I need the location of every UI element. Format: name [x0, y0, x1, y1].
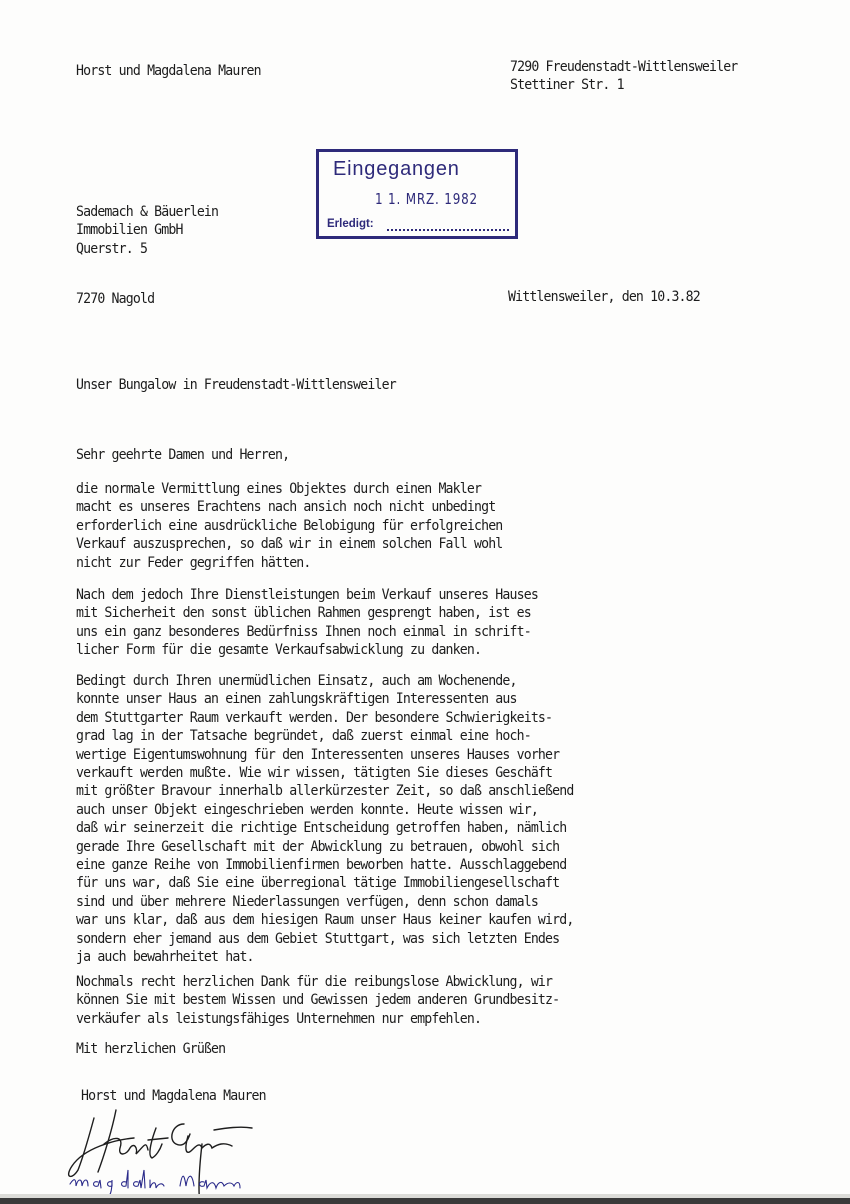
closing: Mit herzlichen Grüßen: [76, 1040, 225, 1058]
recipient-address: Sademach & BäuerleinImmobilien GmbHQuers…: [76, 203, 218, 258]
paragraph-line: konnte unser Haus an einen zahlungskräft…: [76, 690, 573, 708]
paragraph-line: mit Sicherheit den sonst üblichen Rahmen…: [76, 604, 538, 622]
date-line: Wittlensweiler, den 10.3.82: [508, 288, 700, 306]
paragraph-line: für uns war, daß Sie eine überregional t…: [76, 874, 573, 892]
paragraph-line: erforderlich eine ausdrückliche Belobigu…: [76, 517, 502, 535]
paragraph-3: Bedingt durch Ihren unermüdlichen Einsat…: [76, 672, 573, 967]
page-bottom-edge: [0, 1198, 850, 1204]
paragraph-line: verkauft werden mußte. Wie wir wissen, t…: [76, 764, 573, 782]
salutation: Sehr geehrte Damen und Herren,: [76, 446, 289, 464]
paragraph-line: Nochmals recht herzlichen Dank für die r…: [76, 973, 559, 991]
paragraph-line: sind und über mehrere Niederlassungen ve…: [76, 893, 573, 911]
paragraph-line: war uns klar, daß aus dem hiesigen Raum …: [76, 911, 573, 929]
paragraph-2: Nach dem jedoch Ihre Dienstleistungen be…: [76, 586, 538, 660]
paragraph-line: wertige Eigentumswohnung für den Interes…: [76, 746, 573, 764]
paragraph-line: dem Stuttgarter Raum verkauft werden. De…: [76, 709, 573, 727]
received-stamp: Eingegangen 1 1. MRZ. 1982 Erledigt:: [316, 149, 518, 239]
paragraph-line: grad lag in der Tatsache begründet, daß …: [76, 727, 573, 745]
stamp-dotted-line: [387, 229, 509, 231]
paragraph-line: uns ein ganz besonderes Bedürfniss Ihnen…: [76, 623, 538, 641]
sender-address: 7290 Freudenstadt-WittlensweilerStettine…: [510, 58, 737, 95]
sender-name: Horst und Magdalena Mauren: [76, 62, 261, 80]
stamp-title: Eingegangen: [333, 158, 460, 181]
paragraph-line: Nach dem jedoch Ihre Dienstleistungen be…: [76, 586, 538, 604]
sender-address-line: 7290 Freudenstadt-Wittlensweiler: [510, 58, 737, 76]
recipient-city: 7270 Nagold: [76, 290, 154, 308]
paragraph-line: Verkauf auszusprechen, so daß wir in ein…: [76, 535, 502, 553]
letter-page: Horst und Magdalena Mauren 7290 Freudens…: [0, 0, 850, 1204]
recipient-line: Immobilien GmbH: [76, 221, 218, 239]
paragraph-line: nicht zur Feder gegriffen hätten.: [76, 554, 502, 572]
paragraph-line: können Sie mit bestem Wissen und Gewisse…: [76, 991, 559, 1009]
stamp-done-label: Erledigt:: [327, 218, 374, 230]
signature-magdalena: [70, 1170, 240, 1196]
paragraph-1: die normale Vermittlung eines Objektes d…: [76, 480, 502, 572]
stamp-date: 1 1. MRZ. 1982: [375, 190, 478, 208]
paragraph-line: eine ganze Reihe von Immobilienfirmen be…: [76, 856, 573, 874]
paragraph-4: Nochmals recht herzlichen Dank für die r…: [76, 973, 559, 1028]
paragraph-line: macht es unseres Erachtens nach ansich n…: [76, 498, 502, 516]
paragraph-line: die normale Vermittlung eines Objektes d…: [76, 480, 502, 498]
paragraph-line: licher Form für die gesamte Verkaufsabwi…: [76, 641, 538, 659]
subject-line: Unser Bungalow in Freudenstadt-Wittlensw…: [76, 376, 396, 394]
signature-horst: [69, 1110, 252, 1204]
paragraph-line: daß wir seinerzeit die richtige Entschei…: [76, 819, 573, 837]
paragraph-line: ja auch bewahrheitet hat.: [76, 948, 573, 966]
paragraph-line: verkäufer als leistungsfähiges Unternehm…: [76, 1010, 559, 1028]
recipient-line: Querstr. 5: [76, 240, 218, 258]
paragraph-line: gerade Ihre Gesellschaft mit der Abwickl…: [76, 838, 573, 856]
paragraph-line: mit größter Bravour innerhalb allerkürze…: [76, 782, 573, 800]
handwritten-signatures: [64, 1100, 364, 1204]
paragraph-line: auch unser Objekt eingeschrieben werden …: [76, 801, 573, 819]
paragraph-line: sondern eher jemand aus dem Gebiet Stutt…: [76, 930, 573, 948]
recipient-line: Sademach & Bäuerlein: [76, 203, 218, 221]
sender-address-line: Stettiner Str. 1: [510, 76, 737, 94]
paragraph-line: Bedingt durch Ihren unermüdlichen Einsat…: [76, 672, 573, 690]
